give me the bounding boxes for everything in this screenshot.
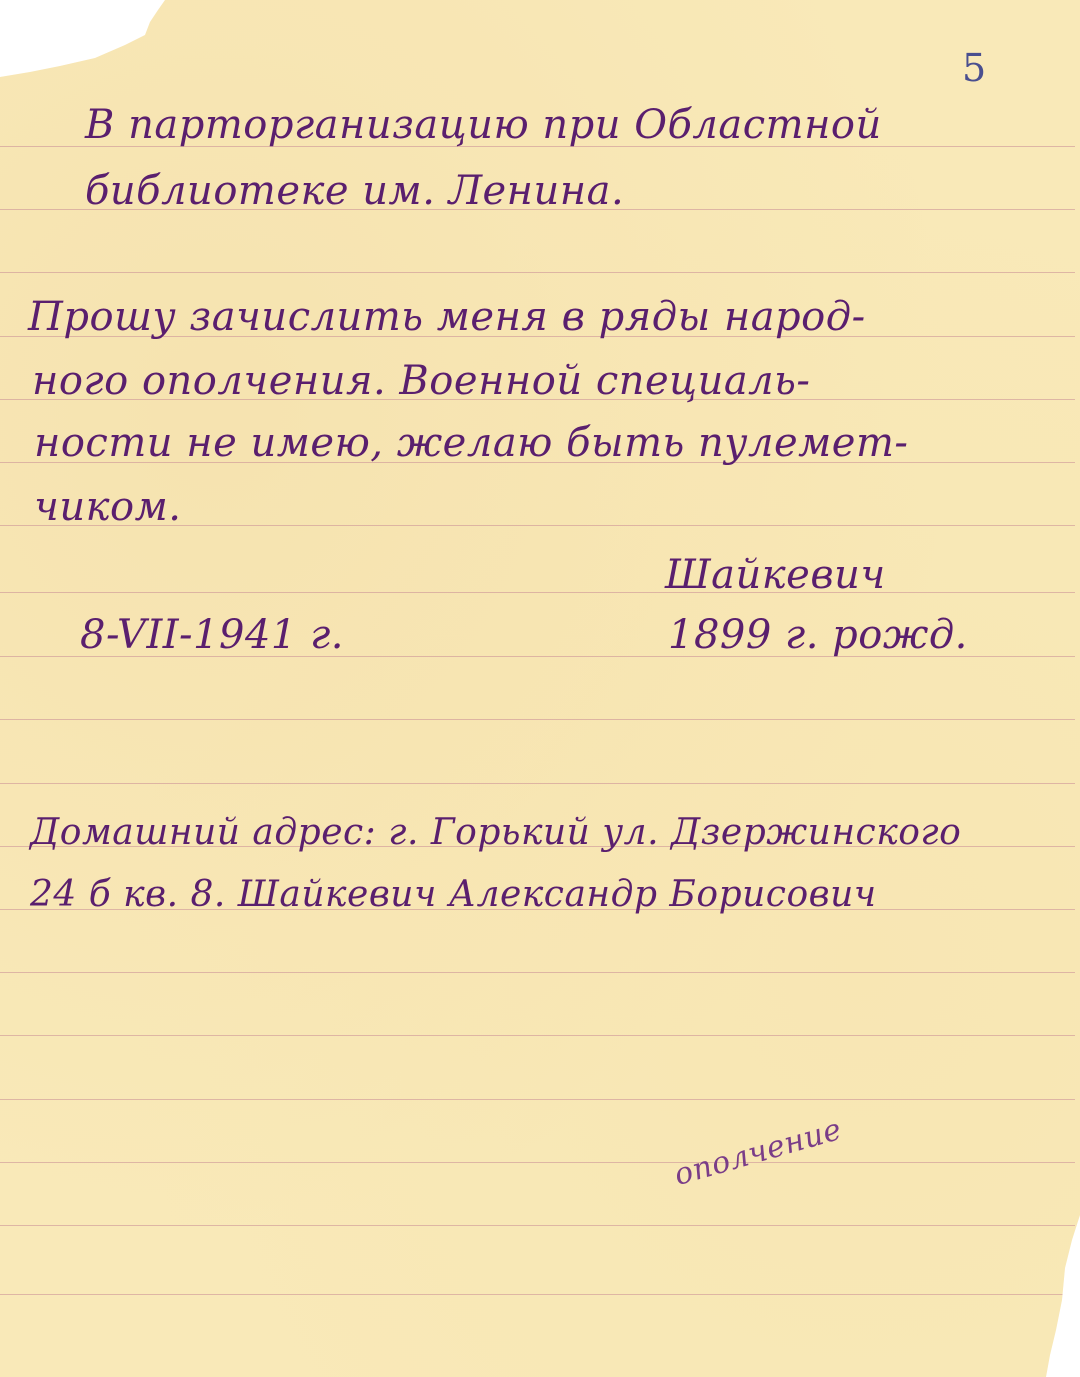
ruled-line bbox=[0, 1162, 1075, 1163]
page-number: 5 bbox=[962, 46, 987, 90]
addressee-line-1: В парторганизацию при Областной bbox=[85, 102, 882, 148]
date: 8-VII-1941 г. bbox=[80, 612, 344, 658]
ruled-line bbox=[0, 1225, 1075, 1226]
body-line-2: ного ополчения. Военной специаль- bbox=[32, 358, 810, 404]
ruled-line bbox=[0, 272, 1075, 273]
ruled-line bbox=[0, 1035, 1075, 1036]
birth-year: 1899 г. рожд. bbox=[668, 612, 968, 658]
body-line-1: Прошу зачислить меня в ряды народ- bbox=[28, 294, 866, 340]
address-line-1: Домашний адрес: г. Горький ул. Дзержинск… bbox=[30, 812, 961, 853]
signature: Шайкевич bbox=[665, 552, 886, 598]
body-line-4: чиком. bbox=[34, 484, 182, 530]
address-line-2: 24 б кв. 8. Шайкевич Александр Борисович bbox=[30, 874, 877, 915]
ruled-line bbox=[0, 783, 1075, 784]
body-line-3: ности не имею, желаю быть пулемет- bbox=[34, 420, 908, 466]
ruled-line bbox=[0, 719, 1075, 720]
ruled-line bbox=[0, 972, 1075, 973]
ruled-line bbox=[0, 1294, 1075, 1295]
addressee-line-2: библиотеке им. Ленина. bbox=[85, 168, 624, 214]
document-page: 5 В парторганизацию при Областной библио… bbox=[0, 0, 1080, 1377]
ruled-line bbox=[0, 592, 1075, 593]
ruled-line bbox=[0, 1099, 1075, 1100]
